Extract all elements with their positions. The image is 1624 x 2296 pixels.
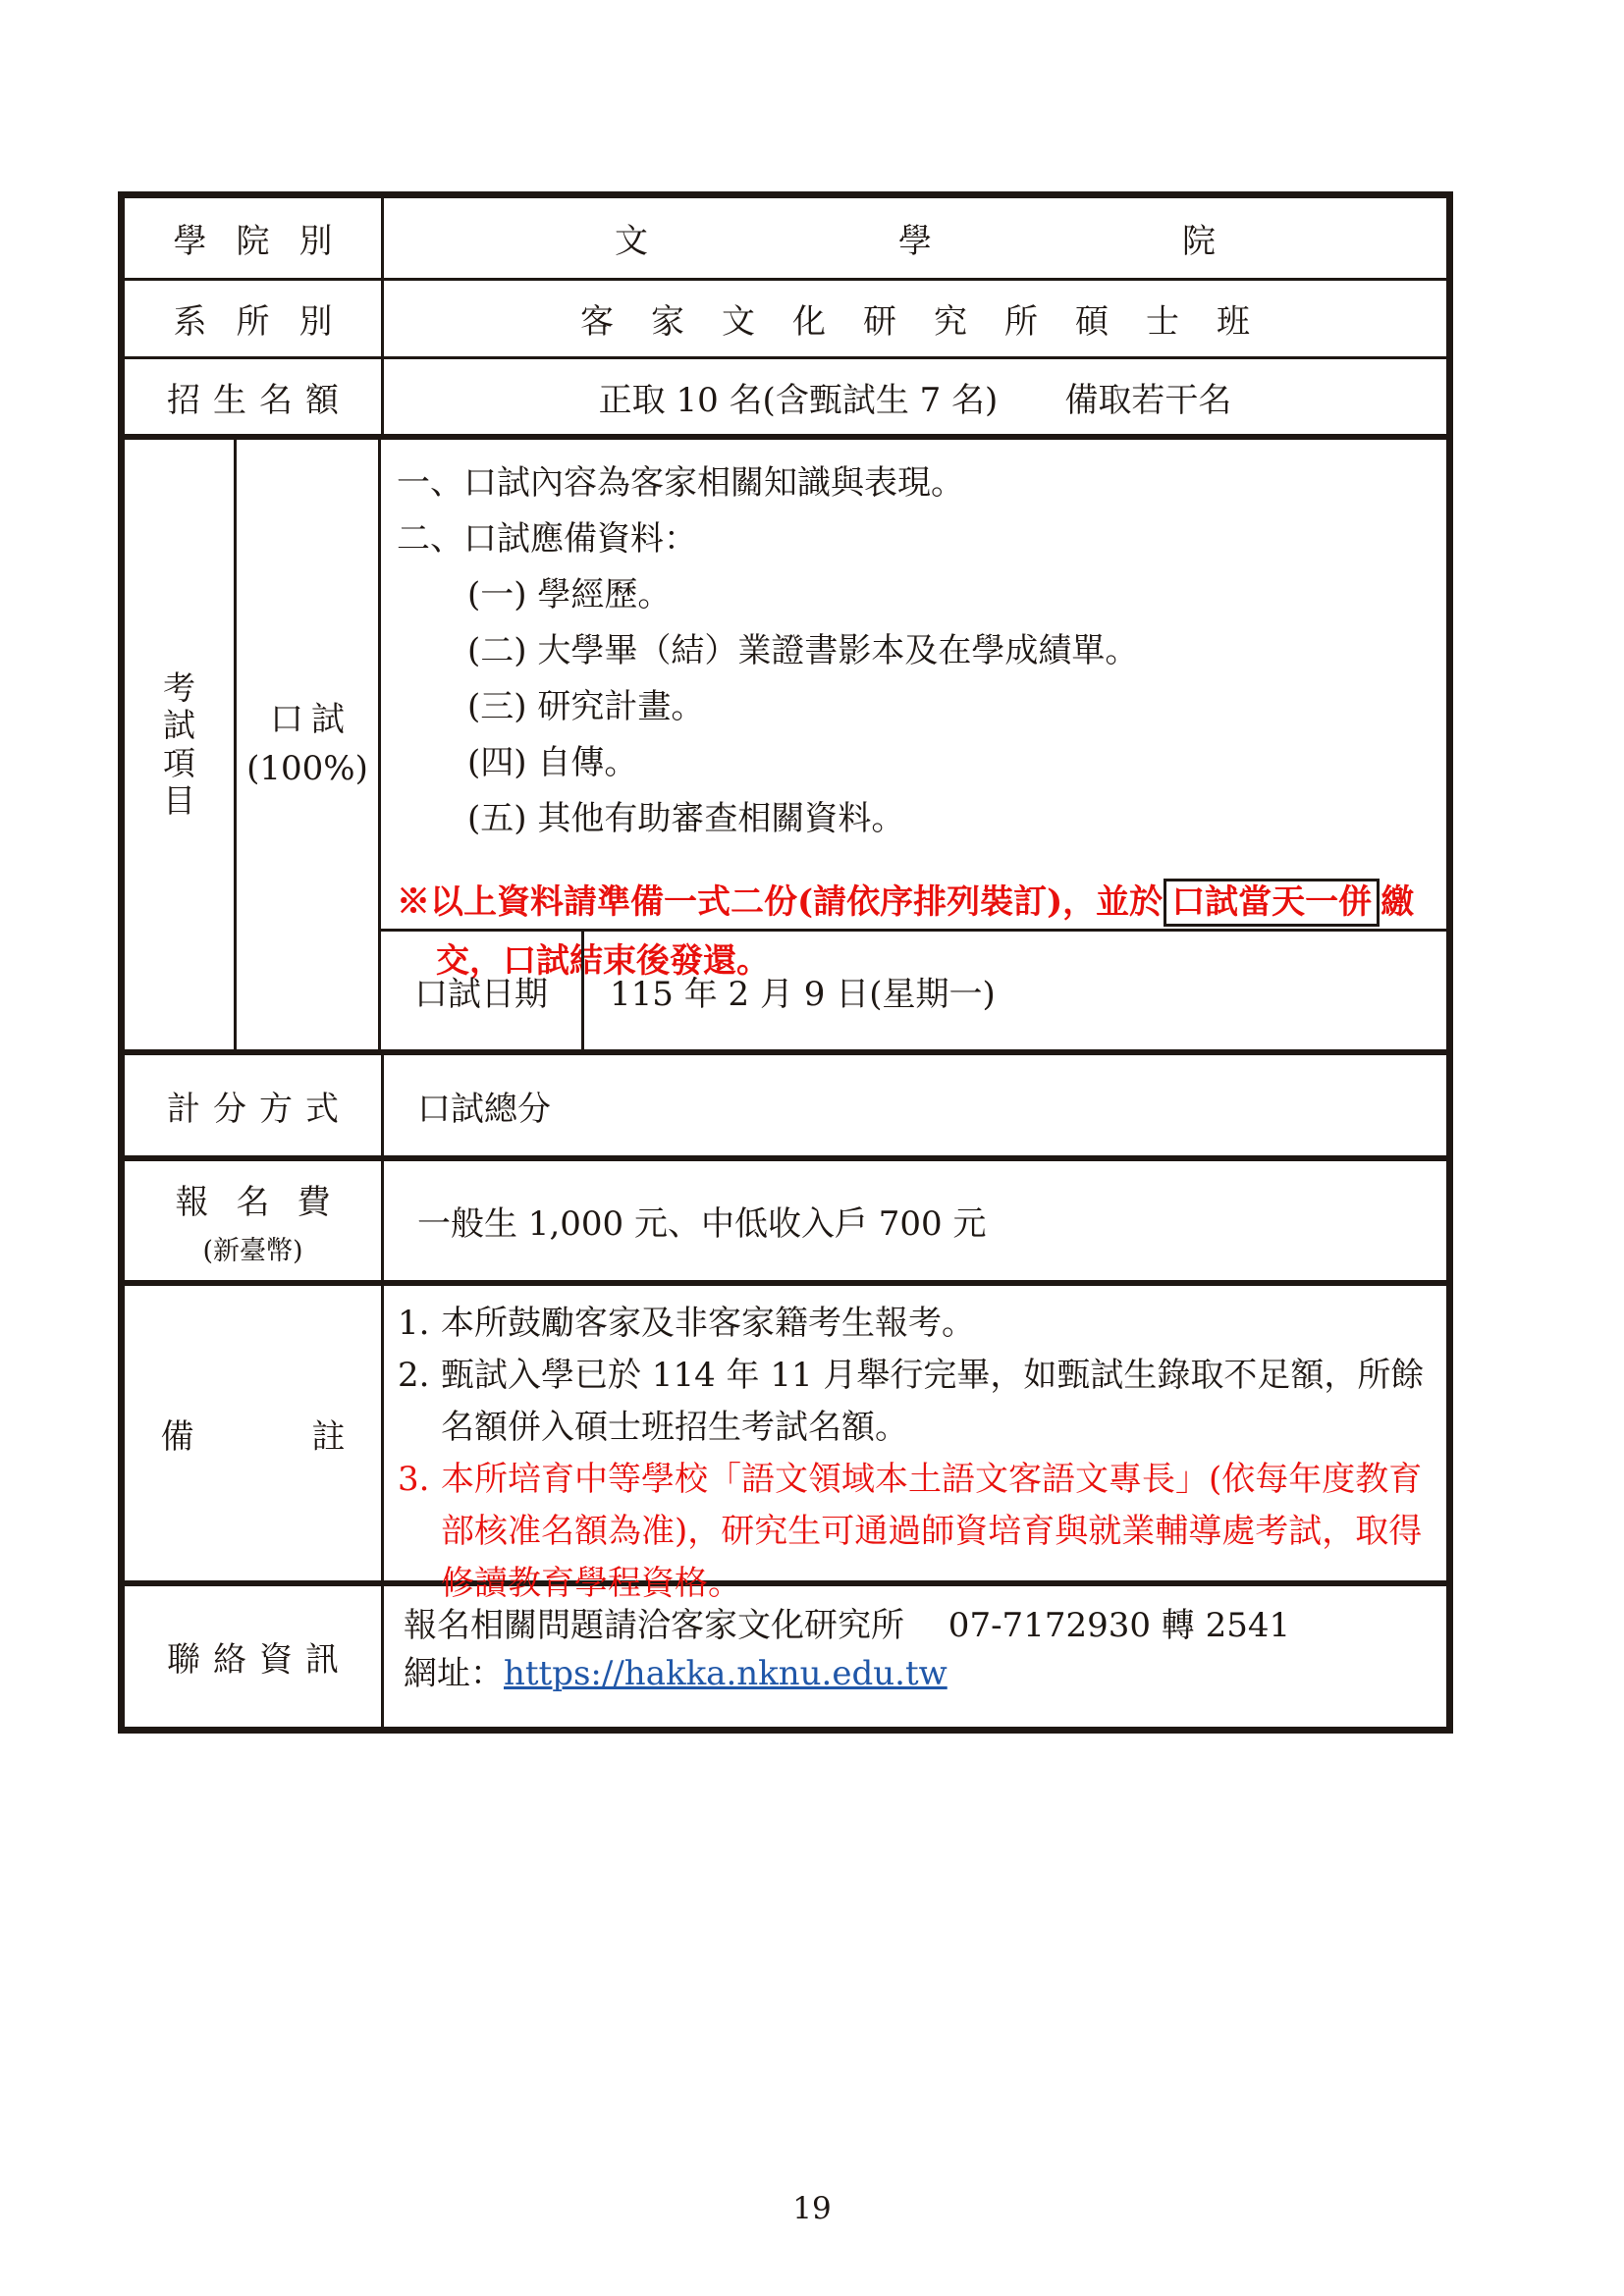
notes-value-cell: 1. 本所鼓勵客家及非客家籍考生報考。 2. 甄試入學已於 114 年 11 月… — [384, 1286, 1446, 1580]
fee-value: 一般生 1,000 元、中低收入戶 700 元 — [417, 1197, 986, 1245]
exam-content-cell: 一、口試內容為客家相關知識與表現。 二、口試應備資料： (一) 學經歷。 (二)… — [381, 440, 1446, 1049]
department-label-cell: 系所別 — [125, 281, 384, 356]
exam-item: (一) 學經歷。 — [397, 567, 1429, 623]
quota-value: 正取 10 名(含甄試生 7 名) 備取若干名 — [599, 373, 1232, 421]
contact-website-prefix: 網址： — [404, 1654, 504, 1693]
note-number: 1. — [398, 1298, 441, 1350]
note-number: 2. — [398, 1350, 441, 1454]
fee-value-cell: 一般生 1,000 元、中低收入戶 700 元 — [384, 1161, 1446, 1280]
exam-label-cell: 考試項目 — [125, 440, 237, 1049]
admission-info-table: 學院別 文學院 系所別 客家文化研究所碩士班 招生名額 正取 10 名(含甄試生… — [118, 191, 1453, 1734]
exam-date-label-cell: 口試日期 — [381, 932, 584, 1049]
exam-item: (五) 其他有助審查相關資料。 — [397, 791, 1429, 847]
exam-subject: 口試 — [270, 696, 352, 744]
row-department: 系所別 客家文化研究所碩士班 — [125, 281, 1446, 359]
exam-item: 二、口試應備資料： — [397, 511, 1429, 567]
fee-label: 報名費 — [176, 1175, 358, 1223]
quota-label: 招生名額 — [167, 373, 352, 421]
scoring-label: 計分方式 — [167, 1082, 352, 1130]
note-text: 本所鼓勵客家及非客家籍考生報考。 — [441, 1298, 1429, 1350]
row-exam: 考試項目 口試 (100%) 一、口試內容為客家相關知識與表現。 二、口試應備資… — [125, 440, 1446, 1055]
exam-date-label: 口試日期 — [414, 967, 548, 1015]
fee-label-cell: 報名費 (新臺幣) — [125, 1161, 384, 1280]
quota-value-cell: 正取 10 名(含甄試生 7 名) 備取若干名 — [384, 359, 1446, 434]
exam-date-value: 115 年 2 月 9 日(星期一) — [610, 967, 996, 1015]
red-warning-prefix: ※以上資料請準備一式二份(請依序排列裝訂)，並於 — [397, 882, 1163, 922]
scoring-value: 口試總分 — [417, 1082, 551, 1130]
exam-label-vertical: 考試項目 — [161, 669, 198, 820]
department-value-cell: 客家文化研究所碩士班 — [384, 281, 1446, 356]
scoring-label-cell: 計分方式 — [125, 1055, 384, 1155]
red-warning-suffix: 繳 — [1380, 882, 1414, 922]
college-label: 學院別 — [174, 214, 362, 262]
page-number: 19 — [0, 2191, 1624, 2226]
exam-subject-cell: 口試 (100%) — [237, 440, 381, 1049]
department-value: 客家文化研究所碩士班 — [580, 294, 1287, 343]
row-contact: 聯絡資訊 報名相關問題請洽客家文化研究所 07-7172930 轉 2541 網… — [125, 1586, 1446, 1727]
row-college: 學院別 文學院 — [125, 198, 1446, 281]
exam-requirements: 一、口試內容為客家相關知識與表現。 二、口試應備資料： (一) 學經歷。 (二)… — [381, 440, 1446, 932]
document-page: 學院別 文學院 系所別 客家文化研究所碩士班 招生名額 正取 10 名(含甄試生… — [0, 0, 1624, 2296]
scoring-value-cell: 口試總分 — [384, 1055, 1446, 1155]
note-item: 1. 本所鼓勵客家及非客家籍考生報考。 — [398, 1298, 1429, 1350]
red-warning-boxed-text: 口試當天一併 — [1164, 879, 1380, 927]
college-value: 文學院 — [615, 214, 1466, 262]
exam-item: (三) 研究計畫。 — [397, 679, 1429, 735]
quota-label-cell: 招生名額 — [125, 359, 384, 434]
contact-value-cell: 報名相關問題請洽客家文化研究所 07-7172930 轉 2541 網址：htt… — [384, 1586, 1446, 1727]
contact-phone-line: 報名相關問題請洽客家文化研究所 07-7172930 轉 2541 — [404, 1602, 1429, 1650]
note-text: 甄試入學已於 114 年 11 月舉行完畢，如甄試生錄取不足額，所餘名額併入碩士… — [441, 1350, 1429, 1454]
row-quota: 招生名額 正取 10 名(含甄試生 7 名) 備取若干名 — [125, 359, 1446, 440]
contact-website-link[interactable]: https://hakka.nknu.edu.tw — [504, 1654, 947, 1693]
contact-website-line: 網址：https://hakka.nknu.edu.tw — [404, 1650, 1429, 1698]
exam-date-value-cell: 115 年 2 月 9 日(星期一) — [584, 932, 1446, 1049]
notes-label-cell: 備註 — [125, 1286, 384, 1580]
exam-item: (四) 自傳。 — [397, 735, 1429, 791]
college-value-cell: 文學院 — [384, 198, 1446, 278]
exam-date-row: 口試日期 115 年 2 月 9 日(星期一) — [381, 932, 1446, 1049]
row-scoring: 計分方式 口試總分 — [125, 1055, 1446, 1161]
college-label-cell: 學院別 — [125, 198, 384, 278]
department-label: 系所別 — [174, 294, 362, 343]
exam-item: (二) 大學畢（結）業證書影本及在學成績單。 — [397, 623, 1429, 679]
row-fee: 報名費 (新臺幣) 一般生 1,000 元、中低收入戶 700 元 — [125, 1161, 1446, 1286]
row-notes: 備註 1. 本所鼓勵客家及非客家籍考生報考。 2. 甄試入學已於 114 年 1… — [125, 1286, 1446, 1586]
exam-item: 一、口試內容為客家相關知識與表現。 — [397, 455, 1429, 511]
contact-label-cell: 聯絡資訊 — [125, 1586, 384, 1727]
red-warning-line1: ※以上資料請準備一式二份(請依序排列裝訂)，並於口試當天一併繳 — [397, 873, 1429, 932]
exam-weight: (100%) — [246, 745, 368, 793]
contact-label: 聯絡資訊 — [167, 1632, 352, 1681]
fee-label-currency: (新臺幣) — [202, 1229, 302, 1267]
note-item: 2. 甄試入學已於 114 年 11 月舉行完畢，如甄試生錄取不足額，所餘名額併… — [398, 1350, 1429, 1454]
